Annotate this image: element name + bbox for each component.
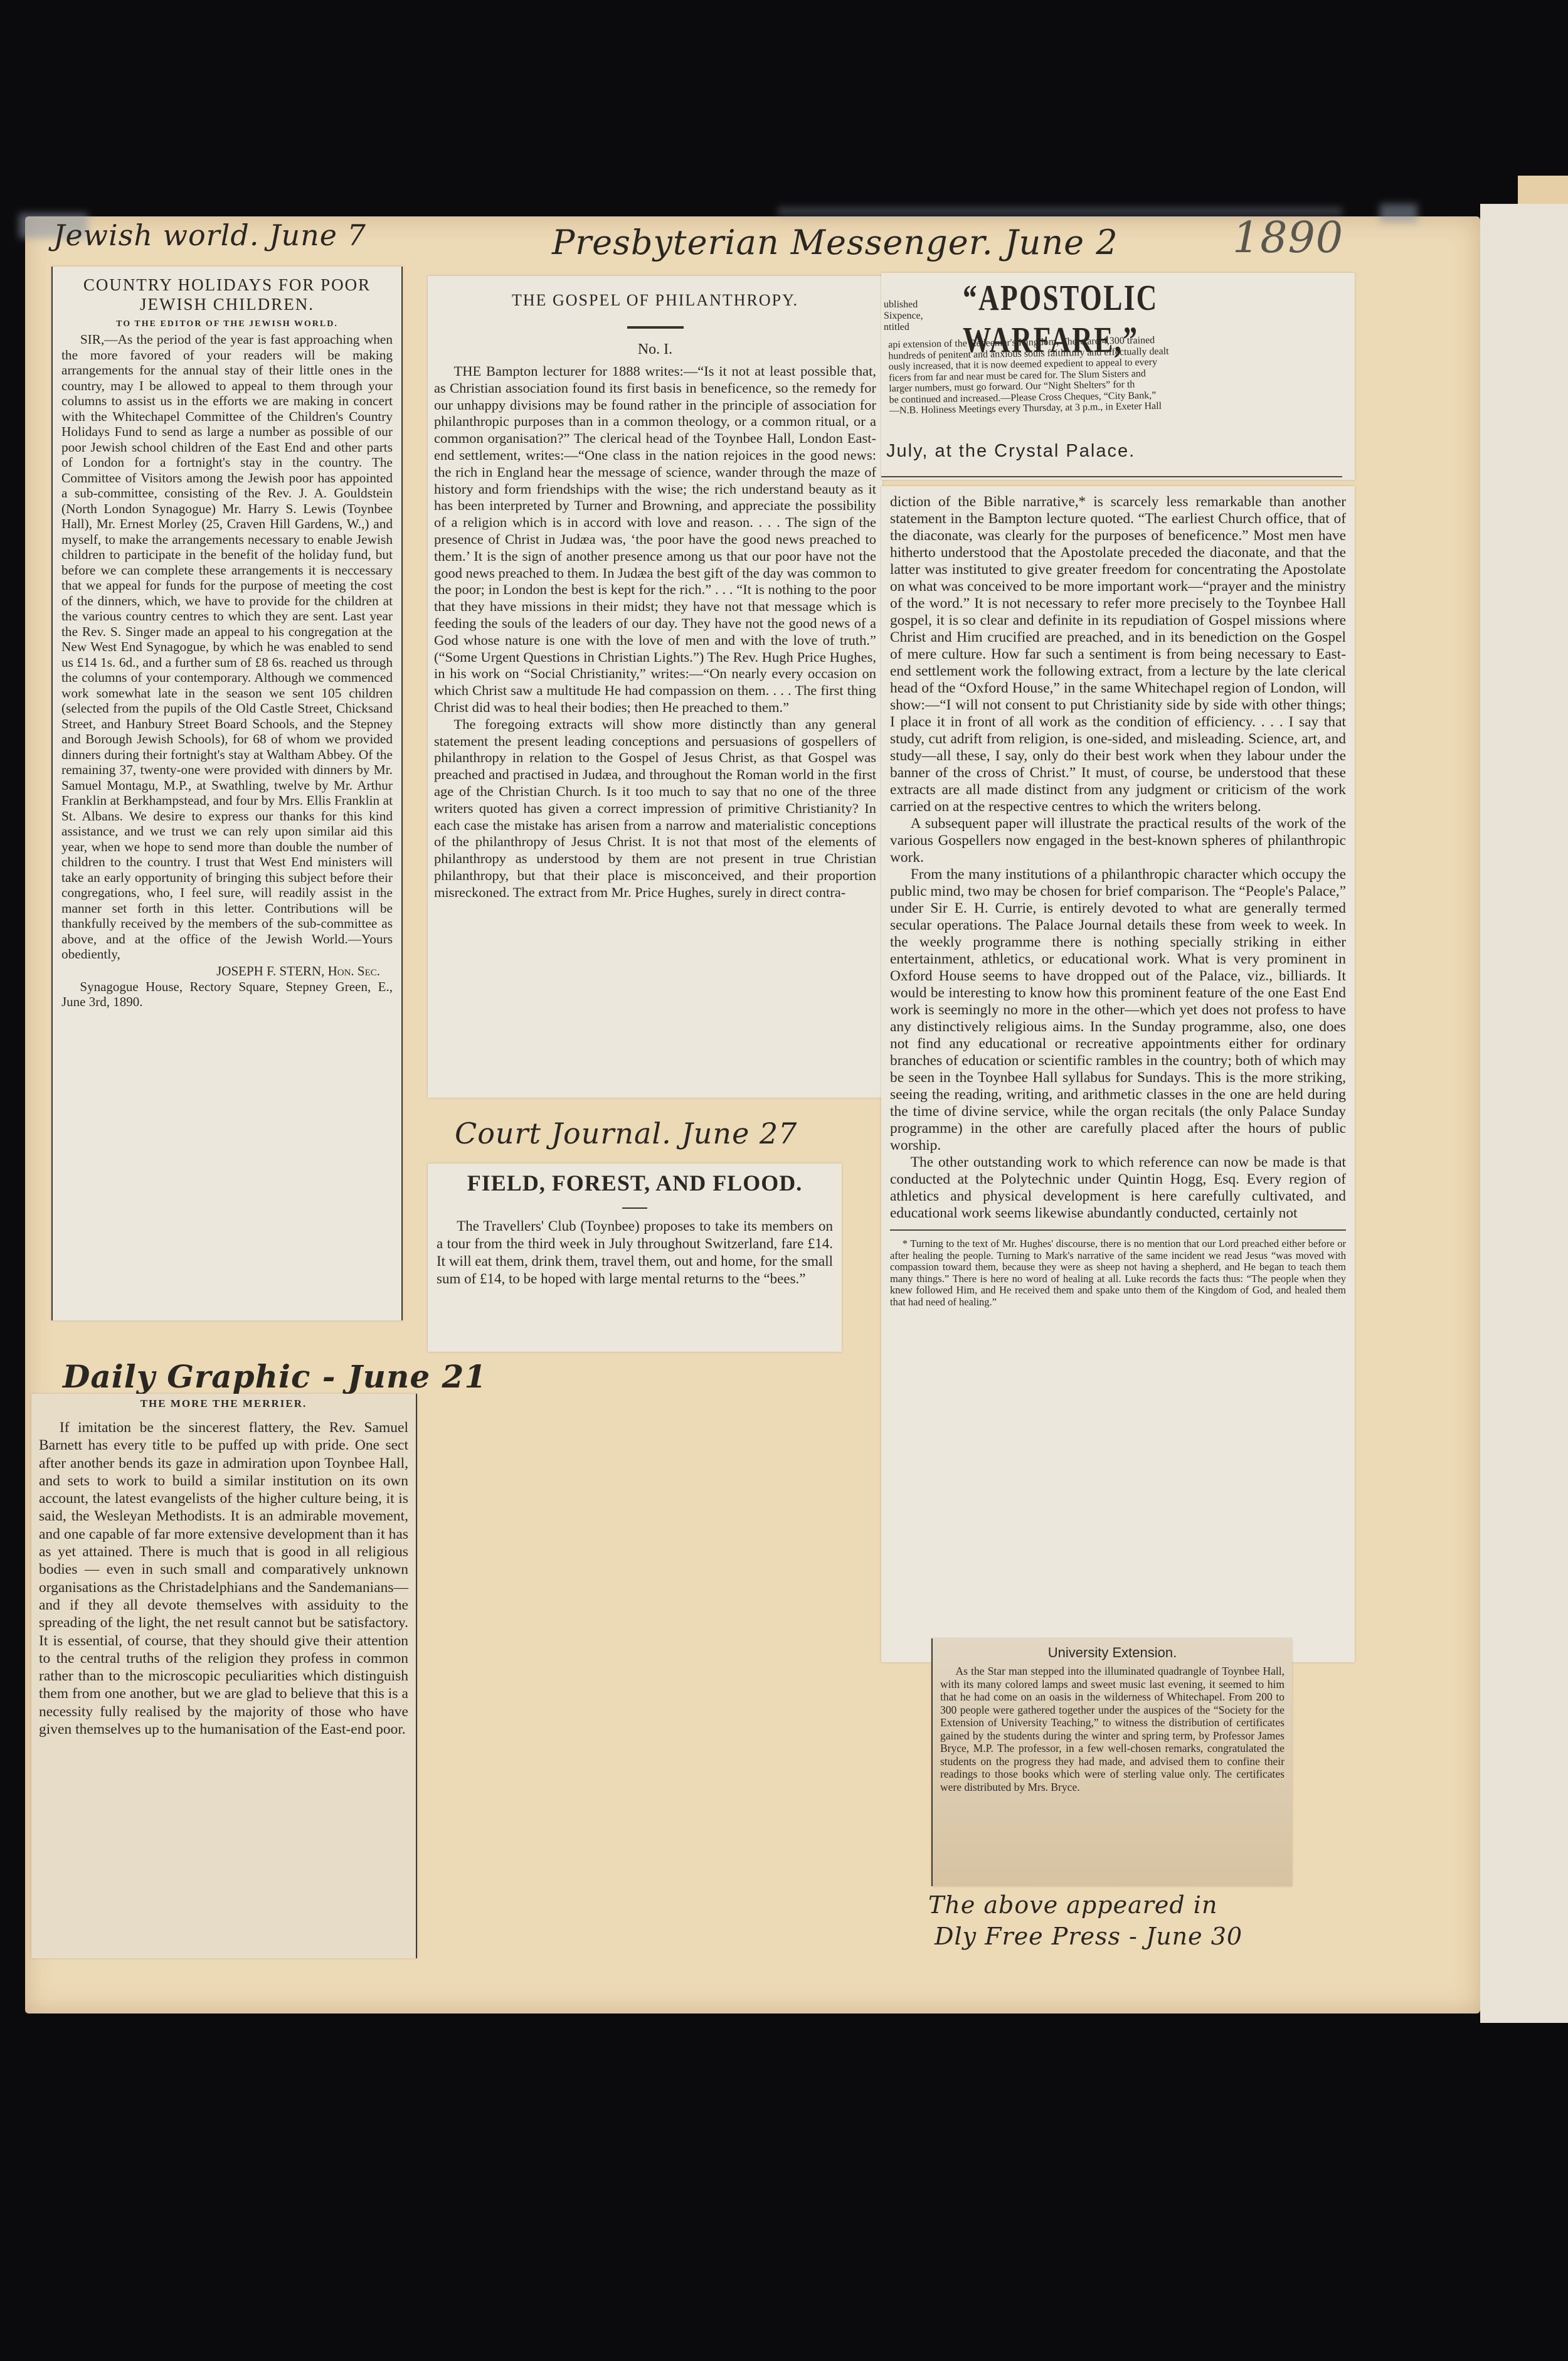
album-page-edge (1518, 176, 1568, 207)
footnote: * Turning to the text of Mr. Hughes' dis… (890, 1238, 1346, 1308)
annotation-year: 1890 (1232, 213, 1343, 263)
advertisement-lines: api extension of the Redeemer's Kingdom,… (888, 332, 1347, 416)
title-divider (622, 1207, 647, 1209)
article-paragraph: From the many institutions of a philanth… (890, 866, 1346, 1154)
article-paragraph: THE Bampton lecturer for 1888 writes:—“I… (434, 363, 876, 716)
letter-address: Synagogue House, Rectory Square, Stepney… (61, 979, 393, 1009)
letter-text: SIR,—As the period of the year is fast a… (61, 332, 393, 962)
clipping-title: FIELD, FOREST, AND FLOOD. (437, 1170, 833, 1196)
clipping-apostolic-warfare: ublished Sixpence, ntitled “APOSTOLIC WA… (881, 273, 1355, 480)
annotation-presbyterian: Presbyterian Messenger. June 2 (552, 223, 1118, 262)
annotation-daily-graphic: Daily Graphic - June 21 (63, 1358, 487, 1395)
clipping-body: If imitation be the sincerest flattery, … (39, 1419, 408, 1738)
clipping-gospel-continued: diction of the Bible narrative,* is scar… (881, 486, 1355, 1662)
side-text: ublished Sixpence, ntitled (884, 299, 923, 333)
clipping-gospel-of-philanthropy: THE GOSPEL OF PHILANTHROPY. No. I. THE B… (428, 276, 882, 1098)
clipping-university-extension: University Extension. As the Star man st… (931, 1638, 1292, 1886)
album-backing-sheet (1480, 204, 1568, 2023)
article-paragraph: The foregoing extracts will show more di… (434, 716, 876, 901)
clipping-subtitle: TO THE EDITOR OF THE JEWISH WORLD. (61, 319, 393, 329)
crystal-palace-line: July, at the Crystal Palace. (886, 441, 1135, 462)
article-number: No. I. (434, 341, 876, 358)
annotation-jewish-world: Jewish world. June 7 (53, 218, 366, 252)
annotation-court-journal: Court Journal. June 27 (455, 1117, 797, 1150)
clipping-body: As the Star man stepped into the illumin… (940, 1665, 1285, 1793)
article-paragraph: diction of the Bible narrative,* is scar… (890, 494, 1346, 815)
clipping-body: The Travellers' Club (Toynbee) proposes … (437, 1218, 833, 1288)
article-paragraph: The other outstanding work to which refe… (890, 1154, 1346, 1222)
clipping-field-forest-flood: FIELD, FOREST, AND FLOOD. The Travellers… (428, 1164, 842, 1352)
letter-signature: JOSEPH F. STERN, Hon. Sec. (61, 963, 393, 979)
article-paragraph: A subsequent paper will illustrate the p… (890, 815, 1346, 866)
clipping-title: COUNTRY HOLIDAYS FOR POOR JEWISH CHILDRE… (61, 275, 393, 314)
clipping-body: SIR,—As the period of the year is fast a… (61, 332, 393, 962)
clipping-more-the-merrier: THE MORE THE MERRIER. If imitation be th… (31, 1394, 417, 1958)
clipping-title: University Extension. (940, 1645, 1285, 1661)
footnote-divider (890, 1229, 1346, 1231)
clipping-country-holidays: COUNTRY HOLIDAYS FOR POOR JEWISH CHILDRE… (51, 267, 403, 1320)
divider (881, 476, 1342, 477)
clipping-title: THE GOSPEL OF PHILANTHROPY. (434, 291, 876, 310)
annotation-free-press-line2: Dly Free Press - June 30 (935, 1923, 1242, 1950)
stain (1380, 204, 1417, 223)
title-divider (627, 326, 684, 329)
clipping-title: THE MORE THE MERRIER. (39, 1398, 408, 1410)
annotation-free-press-line1: The above appeared in (928, 1891, 1217, 1919)
